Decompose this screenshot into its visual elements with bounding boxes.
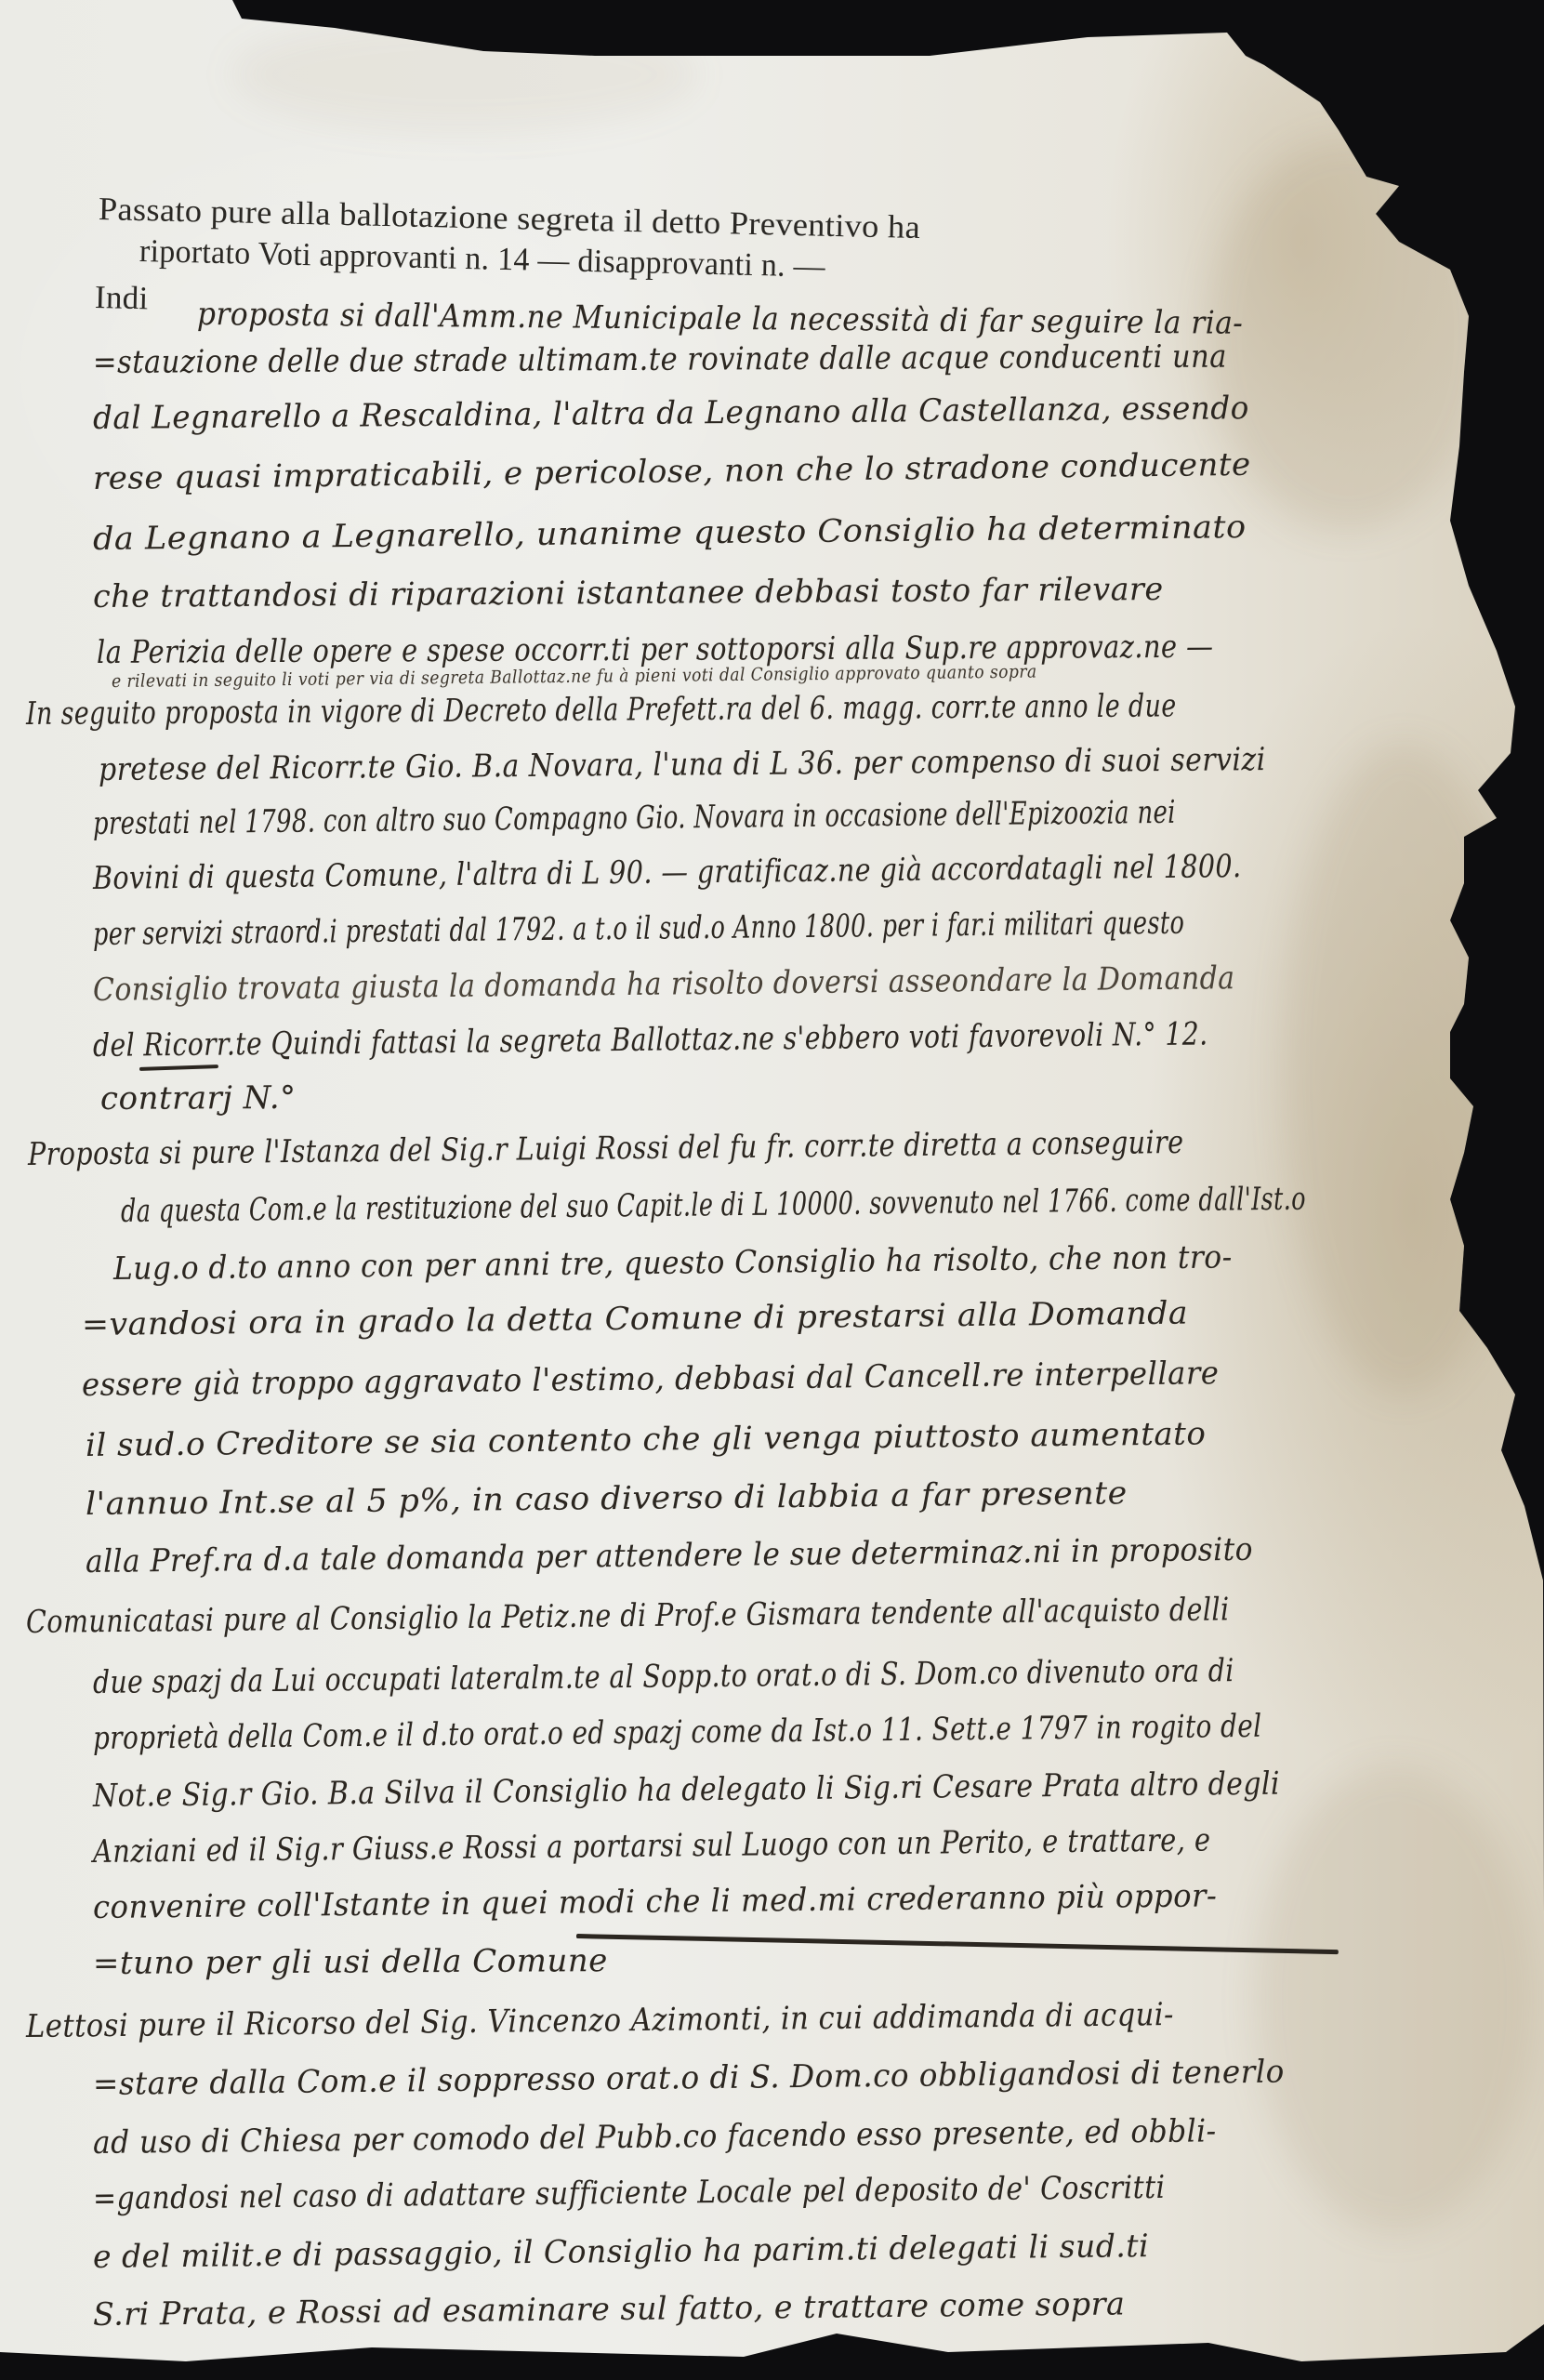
printed-line-3-prefix: Indi: [95, 279, 149, 317]
water-stain: [232, 19, 697, 130]
handwritten-line: =stauzione delle due strade ultimam.te r…: [93, 338, 1227, 381]
handwritten-line: contrarj N.°: [100, 1079, 297, 1117]
handwritten-line: =tuno per gli usi della Comune: [93, 1942, 608, 1982]
water-stain: [1255, 1766, 1534, 2231]
handwritten-line: che trattandosi di riparazioni istantane…: [93, 571, 1164, 615]
water-stain: [1283, 744, 1524, 1395]
